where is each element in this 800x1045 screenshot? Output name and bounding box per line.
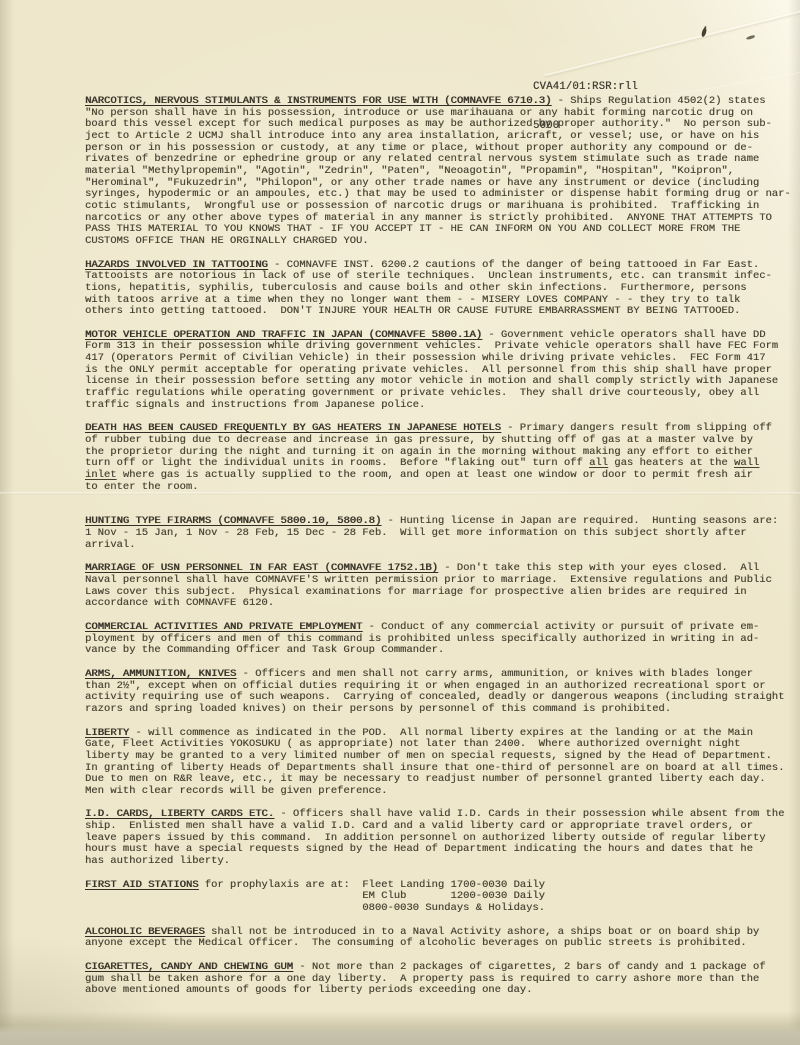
section-commercial-activities: COMMERCIAL ACTIVITIES AND PRIVATE EMPLOY… — [85, 622, 797, 657]
section-heading-line: NARCOTICS, NERVOUS STIMULANTS & INSTRUME… — [85, 96, 797, 108]
section-first-aid: FIRST AID STATIONS for prophylaxis are a… — [85, 880, 797, 915]
document-page: CVA41/01:RSR:rll 5000 NARCOTICS, NERVOUS… — [0, 0, 800, 1045]
text-line: traffic signals and instructions from Ja… — [85, 400, 797, 412]
section-heading: DEATH HAS BEEN CAUSED FREQUENTLY BY GAS … — [85, 422, 501, 434]
reference-code: CVA41/01:RSR:rll — [533, 81, 638, 94]
section-lines: than 2½", except when on official duties… — [85, 681, 797, 716]
section-id-cards: I.D. CARDS, LIBERTY CARDS ETC. - Officer… — [85, 809, 797, 867]
ink-mark — [701, 28, 707, 38]
text-line: Naval personnel shall have COMNAVFE'S wr… — [85, 575, 797, 587]
text-line: Men with clear records will be given pre… — [85, 786, 797, 798]
document-sections: NARCOTICS, NERVOUS STIMULANTS & INSTRUME… — [85, 96, 797, 1009]
text-line: razors and spring loaded knives) on thei… — [85, 704, 797, 716]
section-gas-heaters: DEATH HAS BEEN CAUSED FREQUENTLY BY GAS … — [85, 423, 797, 493]
text-line: to enter the room. — [85, 482, 797, 494]
text-line: of rubber tubing due to decrease and inc… — [85, 435, 797, 447]
section-cigarettes: CIGARETTES, CANDY AND CHEWING GUM - Not … — [85, 962, 797, 997]
text-line: anyone except the Medical Officer. The c… — [85, 938, 797, 950]
section-heading-suffix: - Ships Regulation 4502(2) states — [551, 95, 765, 107]
text-line: others into getting tattooed. DON'T INJU… — [85, 306, 797, 318]
section-tattooing: HAZARDS INVOLVED IN TATTOOING - COMNAVFE… — [85, 260, 797, 318]
section-lines: "No person shall have in his possession,… — [85, 108, 797, 248]
section-lines: anyone except the Medical Officer. The c… — [85, 938, 797, 950]
section-heading-suffix: - will commence as indicated in the POD.… — [129, 727, 753, 739]
section-lines: 1 Nov - 15 Jan, 1 Nov - 28 Feb, 15 Dec -… — [85, 528, 797, 551]
section-lines: of rubber tubing due to decrease and inc… — [85, 435, 797, 493]
section-lines: ployment by officers and men of this com… — [85, 634, 797, 657]
section-heading-line: ARMS, AMMUNITION, KNIVES - Officers and … — [85, 669, 797, 681]
text-line: CUSTOMS OFFICE THAN HE ORGINALLY CHARGED… — [85, 236, 797, 248]
text-line: cotic stimulants, Wrongful use or posses… — [85, 201, 797, 213]
text-line: accordance with COMNAVFE 6120. — [85, 598, 797, 610]
section-heading-suffix: - Government vehicle operators shall hav… — [482, 329, 766, 341]
section-heading: HAZARDS INVOLVED IN TATTOOING — [85, 259, 268, 271]
text-line: 1 Nov - 15 Jan, 1 Nov - 28 Feb, 15 Dec -… — [85, 528, 797, 540]
section-heading: MOTOR VEHICLE OPERATION AND TRAFFIC IN J… — [85, 329, 482, 341]
section-heading-suffix: - Conduct of any commercial activity or … — [362, 621, 759, 633]
text-line: material "Methylpropemin", "Agotin", "Ze… — [85, 166, 797, 178]
section-arms-ammunition-knives: ARMS, AMMUNITION, KNIVES - Officers and … — [85, 669, 797, 716]
section-heading-suffix: - Don't take this step with your eyes cl… — [438, 562, 759, 574]
section-narcotics: NARCOTICS, NERVOUS STIMULANTS & INSTRUME… — [85, 96, 797, 248]
text-line: has authorized liberty. — [85, 856, 797, 868]
section-heading: COMMERCIAL ACTIVITIES AND PRIVATE EMPLOY… — [85, 621, 362, 633]
section-lines: Gate, Fleet Activities YOKOSUKU ( as app… — [85, 739, 797, 797]
section-heading-suffix: - Hunting license in Japan are required.… — [381, 515, 778, 527]
section-heading-suffix: - Officers and men shall not carry arms,… — [236, 668, 753, 680]
section-hunting: HUNTING TYPE FIRARMS (COMNAVFE 5800.10, … — [85, 516, 797, 551]
text-line: tions, hepatitis, syphilis, tuberculosis… — [85, 283, 797, 295]
section-heading: FIRST AID STATIONS — [85, 879, 198, 891]
section-heading-line: COMMERCIAL ACTIVITIES AND PRIVATE EMPLOY… — [85, 622, 797, 634]
text-line: vance by the Commanding Officer and Task… — [85, 645, 797, 657]
section-heading-suffix: for prophylaxis are at: Fleet Landing 17… — [198, 879, 545, 891]
section-heading-suffix: - Not more than 2 packages of cigarettes… — [293, 961, 766, 973]
section-heading-suffix: shall not be introduced in to a Naval Ac… — [205, 926, 760, 938]
text-line: inlet where gas is actually supplied to … — [85, 470, 797, 482]
section-heading-suffix: - Primary dangers result from slipping o… — [501, 422, 772, 434]
text-line: traffic regulations while operating gove… — [85, 388, 797, 400]
section-alcoholic-beverages: ALCOHOLIC BEVERAGES shall not be introdu… — [85, 927, 797, 950]
section-lines: gum shall be taken ashore for a one day … — [85, 974, 797, 997]
section-heading: LIBERTY — [85, 727, 129, 739]
section-heading-suffix: - Officers shall have valid I.D. Cards i… — [274, 808, 784, 820]
section-lines: EM Club 1200-0030 Daily 0800-0030 Sunday… — [85, 891, 797, 914]
section-liberty: LIBERTY - will commence as indicated in … — [85, 728, 797, 798]
section-lines: Form 313 in their possession while drivi… — [85, 341, 797, 411]
section-lines: ship. Enlisted men shall have a valid I.… — [85, 821, 797, 868]
ink-mark — [746, 35, 755, 41]
text-line: above mentioned amounts of goods for lib… — [85, 985, 797, 997]
section-heading-suffix: - COMNAVFE INST. 6200.2 cautions of the … — [268, 259, 759, 271]
section-heading: NARCOTICS, NERVOUS STIMULANTS & INSTRUME… — [85, 95, 551, 107]
section-lines: Tattooists are notorious in lack of use … — [85, 271, 797, 318]
section-heading: MARRIAGE OF USN PERSONNEL IN FAR EAST (C… — [85, 562, 438, 574]
section-lines: Naval personnel shall have COMNAVFE'S wr… — [85, 575, 797, 610]
section-marriage: MARRIAGE OF USN PERSONNEL IN FAR EAST (C… — [85, 563, 797, 610]
text-line: ject to Article 2 UCMJ shall introduce i… — [85, 131, 797, 143]
section-heading: CIGARETTES, CANDY AND CHEWING GUM — [85, 961, 293, 973]
section-heading: ARMS, AMMUNITION, KNIVES — [85, 668, 236, 680]
section-heading: ALCOHOLIC BEVERAGES — [85, 926, 205, 938]
section-heading: I.D. CARDS, LIBERTY CARDS ETC. — [85, 808, 274, 820]
section-heading-line: CIGARETTES, CANDY AND CHEWING GUM - Not … — [85, 962, 797, 974]
section-heading: HUNTING TYPE FIRARMS (COMNAVFE 5800.10, … — [85, 515, 381, 527]
text-line: arrival. — [85, 540, 797, 552]
text-line: 0800-0030 Sundays & Holidays. — [85, 903, 797, 915]
section-motor-vehicle: MOTOR VEHICLE OPERATION AND TRAFFIC IN J… — [85, 330, 797, 412]
text-line: liberty may be granted to a very limited… — [85, 751, 797, 763]
